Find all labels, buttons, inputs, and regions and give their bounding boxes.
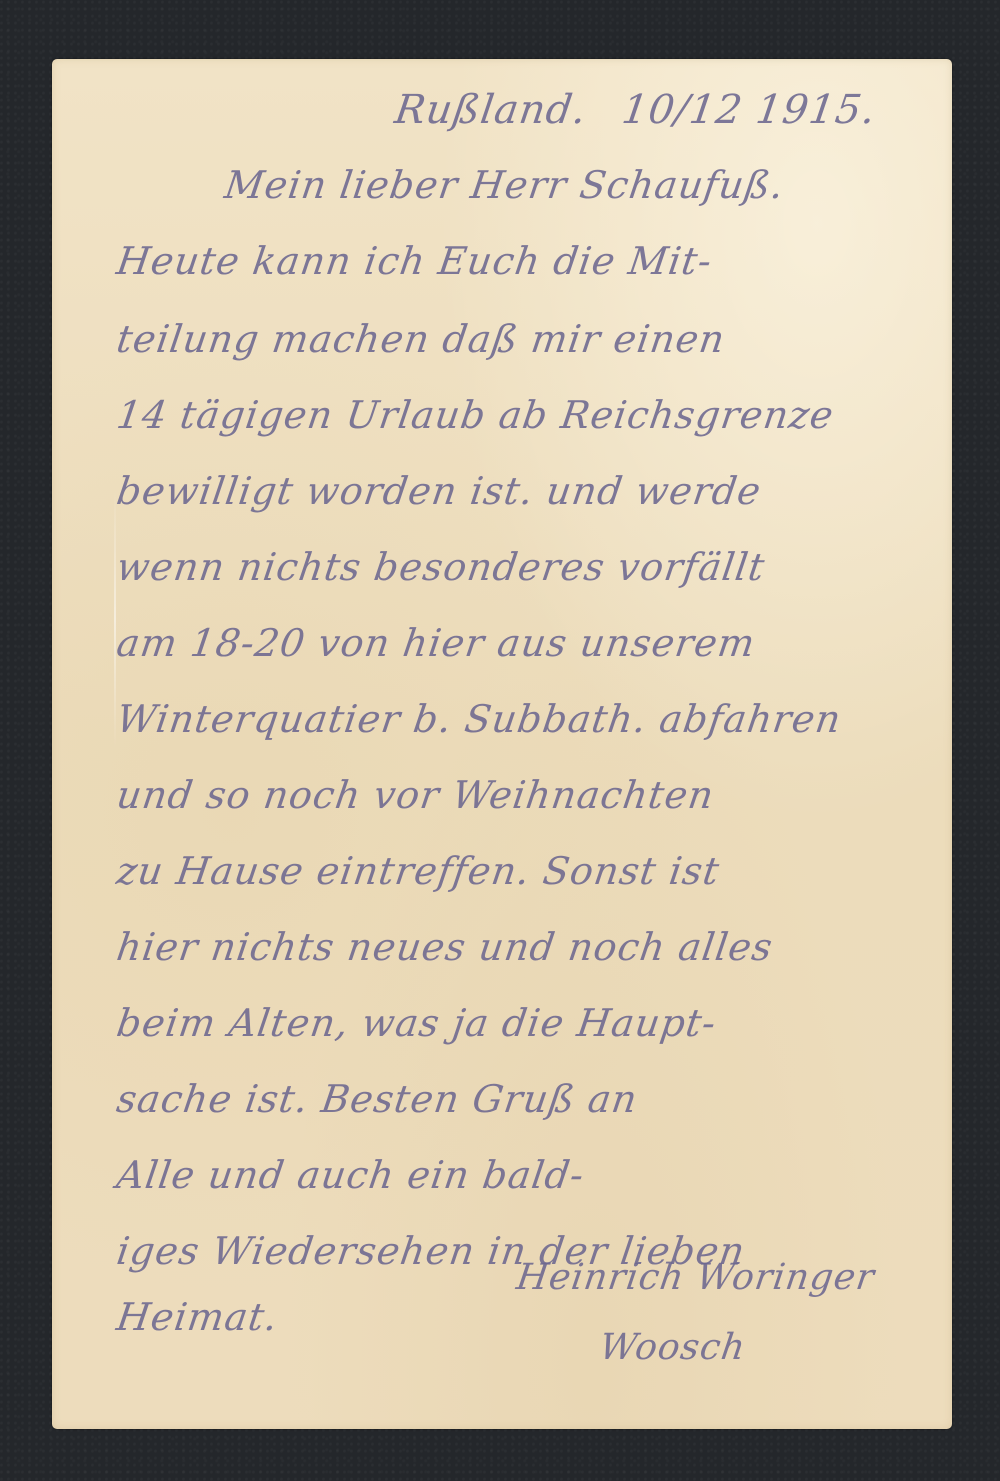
body-line: zu Hause eintreffen. Sonst ist <box>114 849 723 893</box>
body-line: am 18-20 von hier aus unserem <box>114 621 758 665</box>
salutation: Mein lieber Herr Schaufuß. <box>222 163 787 207</box>
body-line: wenn nichts besonderes vorfällt <box>114 545 768 589</box>
body-line: Winterquatier b. Subbath. abfahren <box>114 697 844 741</box>
body-line: bewilligt worden ist. und werde <box>114 469 764 513</box>
date: 10/12 1915. <box>619 87 879 133</box>
postcard: Rußland. 10/12 1915. Mein lieber Herr Sc… <box>52 59 952 1429</box>
signature: Heinrich Woringer <box>514 1257 877 1298</box>
fold-crease <box>114 489 116 749</box>
body-line: Heimat. <box>114 1295 281 1339</box>
body-line: hier nichts neues und noch alles <box>114 925 776 969</box>
body-line: beim Alten, was ja die Haupt- <box>114 1001 719 1045</box>
body-line: Heute kann ich Euch die Mit- <box>114 239 715 283</box>
place: Rußland. <box>392 87 590 133</box>
body-line: sache ist. Besten Gruß an <box>114 1077 641 1121</box>
body-line: 14 tägigen Urlaub ab Reichsgrenze <box>114 393 837 437</box>
body-line: Alle und auch ein bald- <box>114 1153 587 1197</box>
letter-header: Rußland. 10/12 1915. <box>392 87 879 133</box>
body-line: teilung machen daß mir einen <box>114 317 728 361</box>
body-line: und so noch vor Weihnachten <box>114 773 717 817</box>
signature-nickname: Woosch <box>597 1327 748 1368</box>
